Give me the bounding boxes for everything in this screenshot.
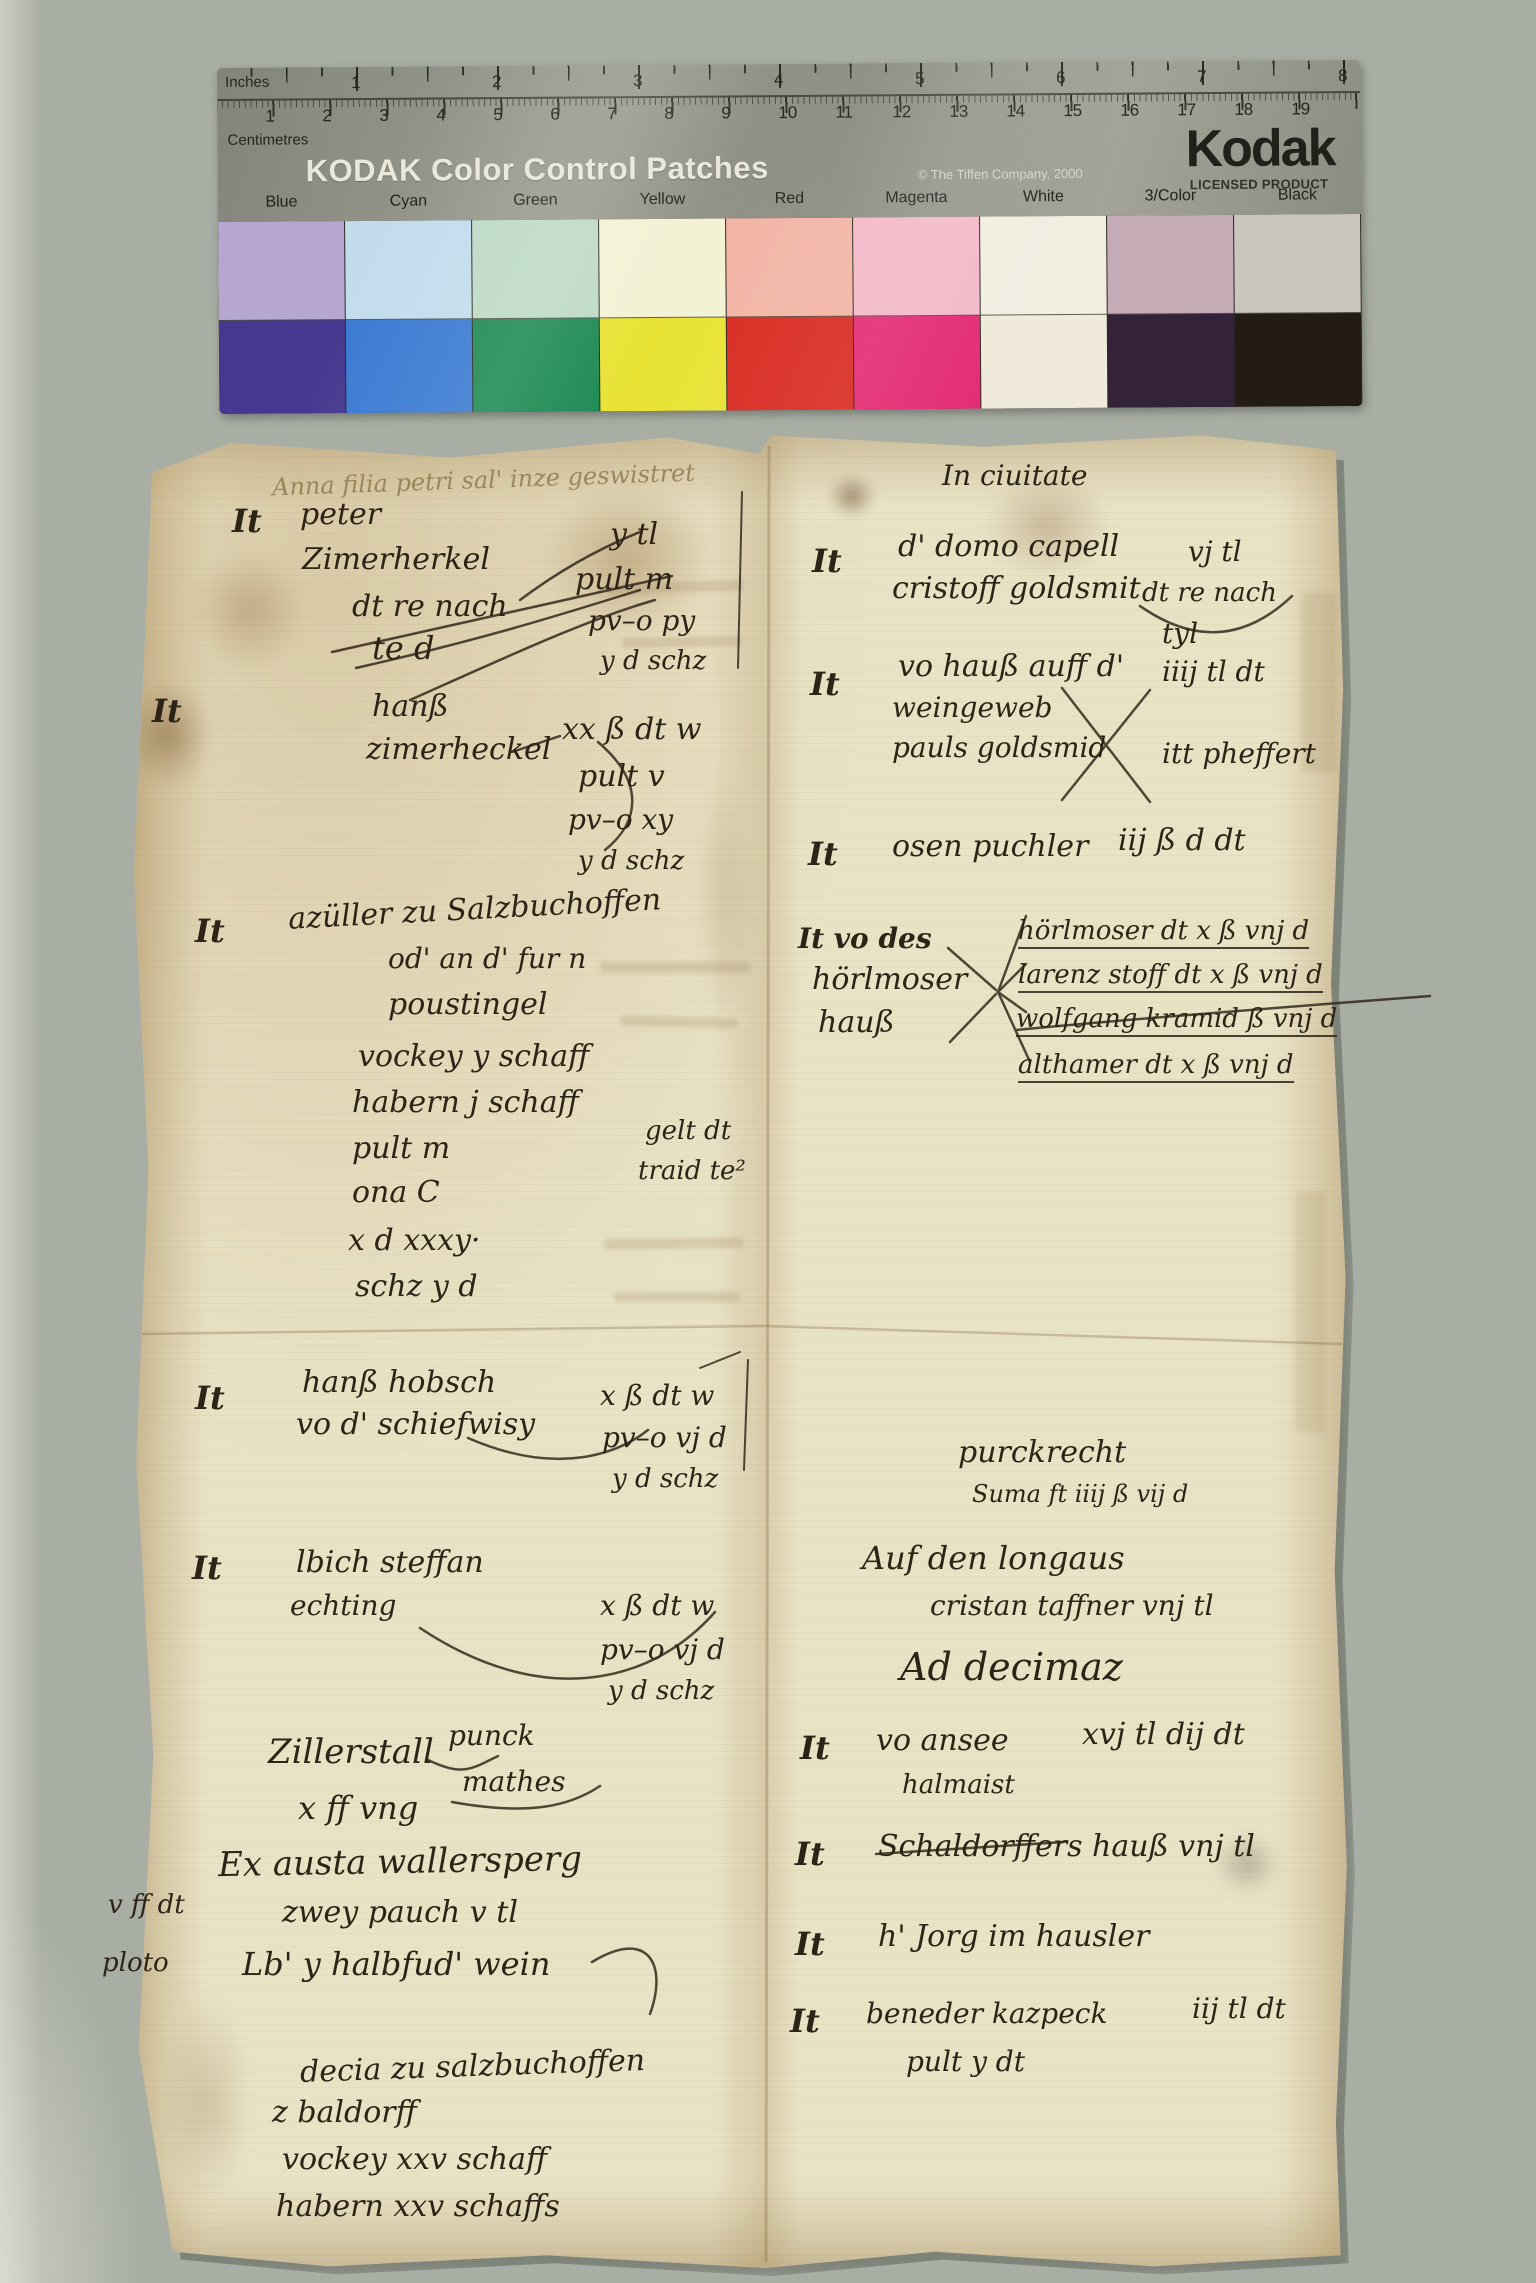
ms-amount: iiij tl dt [1162,658,1265,686]
cm-number: 6 [550,105,560,125]
color-patch [1234,214,1362,407]
patch-tint-swatch [853,217,980,317]
patch-tint-swatch [1234,214,1361,314]
ms-item-marker: It [795,1838,825,1870]
ms-line: ona C [352,1178,440,1208]
ms-line: cristan taffner vnj tl [930,1592,1214,1620]
ms-amount: y d schz [578,848,684,874]
color-patch [726,218,854,411]
cm-number: 9 [721,103,731,123]
inch-number: 8 [1338,66,1348,86]
ms-line: cristoff goldsmit [892,574,1141,604]
ms-line: dt re nach [352,592,508,622]
ms-line: od' an d' fur n [388,945,586,973]
ms-amount: dt re nach [1142,580,1277,606]
ms-header-right: In ciuitate [942,462,1087,490]
ms-line: hanß [372,692,449,722]
ms-margin-note: v ff dt [108,1892,185,1918]
strip-title: KODAK Color Control Patches [306,150,769,189]
cm-number: 7 [607,104,617,124]
inch-number: 2 [492,72,502,92]
ms-line: vo ansee [876,1726,1009,1756]
ms-line: Lb' y halbfud' wein [242,1948,550,1980]
kodak-color-control-strip: Inches Centimetres 12345678 123456789101… [217,60,1362,414]
ms-item-marker: It [152,695,182,727]
bleedthrough-streak [1296,1192,1326,1432]
ms-line: x d xxxy· [348,1226,480,1256]
ms-item-marker: It [795,1928,825,1960]
ms-line: punck [448,1722,535,1750]
cm-number: 10 [778,103,797,123]
ms-bracket-line: hörlmoser dt x ß vnj d [1018,918,1309,949]
ms-line: Ex austa wallersperg [218,1842,583,1882]
photo-of-archival-document: Inches Centimetres 12345678 123456789101… [0,0,1536,2283]
patch-solid-swatch [219,320,346,414]
cm-number: 5 [493,105,503,125]
ms-line: poustingel [388,990,548,1020]
ms-item-marker: It [808,838,838,870]
patch-tint-swatch [472,219,599,319]
ms-amount: xvj tl dij dt [1082,1720,1245,1750]
ms-amount: pv–o vj d [600,1636,725,1664]
ms-line: te d [372,632,434,664]
ms-line: osen puchler [892,832,1088,862]
ms-item-marker: It [810,668,840,700]
ms-amount: pv–o py [588,607,695,635]
ms-line: Suma ft iiij ß vij d [972,1482,1188,1506]
patch-solid-swatch [473,318,600,412]
patch-solid-swatch [1235,313,1362,407]
ms-line: z baldorff [272,2098,417,2128]
cm-number: 16 [1120,101,1139,121]
color-patch-label: White [980,188,1107,207]
ms-line: zwey pauch v tl [282,1898,518,1928]
inch-number: 1 [351,73,361,93]
ms-amount: pult m [575,565,673,595]
ms-line: weingeweb [892,694,1052,722]
patch-solid-swatch [1108,314,1235,408]
ms-item-marker: It [195,915,225,947]
cm-number: 12 [892,102,911,122]
ms-note: traid te² [638,1158,746,1184]
color-patch-label: Red [726,190,853,209]
ms-amount: y tl [610,520,658,550]
ms-line: peter [300,500,381,530]
cm-number: 17 [1177,100,1196,120]
ms-amount: iij tl dt [1192,1995,1286,2023]
ms-line: vo d' schiefwisy [296,1410,535,1440]
ms-item-marker: It [195,1382,225,1414]
patch-tint-swatch [726,218,853,318]
ms-item-marker: It [232,505,262,537]
cm-number: 18 [1234,100,1253,120]
inch-number: 5 [915,69,925,89]
ms-line: d' domo capell [898,532,1119,562]
color-patch-label: Yellow [599,190,726,209]
color-patch-label: Magenta [853,189,980,208]
ms-amount: y d schz [600,648,706,674]
ms-line: hörlmoser [812,965,967,995]
ms-line: habern xxv schaffs [276,2192,560,2222]
ms-line: x ff vng [298,1792,418,1824]
color-patch [853,217,981,410]
ms-bracket-line: wolfgang kramid ß vnj d [1016,1006,1337,1037]
color-patch-label: Black [1234,186,1361,205]
ms-amount: pult v [578,762,665,792]
ms-line: mathes [462,1768,565,1796]
cm-number: 4 [436,105,446,125]
ms-note: gelt dt [645,1118,731,1144]
patch-tint-swatch [218,221,345,321]
color-patch [472,219,600,412]
ms-item-marker: It [800,1732,830,1764]
patch-solid-swatch [981,315,1108,409]
stain [192,550,307,670]
ms-item-marker: It [812,545,842,577]
patch-solid-swatch [600,317,727,411]
ms-line: pult m [352,1134,450,1164]
kodak-logo: Kodak [1185,118,1334,179]
copyright-text: © The Tiffen Company, 2000 [918,166,1083,182]
ms-line: Zimerherkel [302,545,490,575]
bleedthrough-streak [600,962,750,973]
centimetres-label: Centimetres [227,131,308,149]
ms-line: vockey y schaff [358,1042,589,1072]
ms-line: vockey xxv schaff [282,2145,547,2175]
ms-amount: vj tl [1188,538,1242,566]
patch-solid-swatch [727,317,854,411]
stain [162,1992,252,2212]
color-patch-label: 3/Color [1107,187,1234,206]
ms-amount: xx ß dt w [562,715,701,745]
color-patch [345,220,473,413]
ms-item-marker: It [192,1552,222,1584]
color-patch [599,218,727,411]
ms-bracket-line: althamer dt x ß vnj d [1018,1052,1294,1083]
color-patch-label: Blue [218,193,345,212]
ms-line: h' Jorg im hausler [878,1922,1149,1952]
ms-amount: pv–o xy [568,806,673,834]
ms-item-marker: It vo des [798,925,932,953]
ms-amount: y d schz [608,1678,714,1704]
ms-line: Schaldorffers hauß vnj tl [878,1832,1255,1862]
ms-line: schz y d [355,1272,478,1302]
cm-number: 19 [1291,99,1310,119]
cm-number: 11 [835,103,853,123]
manuscript-paper [134,432,1348,2270]
color-patches [218,214,1362,414]
cm-number: 15 [1063,101,1082,121]
patch-tint-swatch [1107,215,1234,315]
cm-number: 13 [949,102,968,122]
color-patch [218,221,346,414]
patch-tint-swatch [980,216,1107,316]
ms-line: beneder kazpeck [866,2000,1107,2028]
cm-number: 1 [265,107,275,127]
ms-line: halmaist [902,1772,1015,1798]
ms-amount: x ß dt w [600,1382,714,1410]
ms-line: Auf den longaus [862,1542,1125,1574]
ms-heading: Ad decimaz [900,1648,1123,1686]
ms-bracket-line: larenz stoff dt x ß vnj d [1018,962,1323,993]
patch-tint-swatch [345,220,472,320]
ms-line: lbich steffan [296,1548,484,1578]
cm-number: 14 [1006,101,1025,121]
bleedthrough-streak [620,1015,738,1028]
inch-number: 3 [633,71,643,91]
ms-line: hauß [818,1008,895,1038]
cm-number: 2 [322,106,332,126]
color-patch-label: Green [472,191,599,210]
bleedthrough-streak [604,1237,744,1250]
ms-line: hanß hobsch [302,1368,496,1398]
ms-amount: iij ß d dt [1118,826,1246,856]
ms-amount: x ß dt w [600,1592,714,1620]
ms-line: habern j schaff [352,1088,579,1118]
patch-solid-swatch [346,319,473,413]
color-patch-label: Cyan [345,192,472,211]
inch-number: 7 [1197,67,1207,87]
ms-item-marker: It [790,2005,820,2037]
ms-line: zimerheckel [366,735,551,765]
inch-number: 6 [1056,68,1066,88]
ms-line: vo hauß auff d' [898,652,1124,682]
color-patch [980,216,1108,409]
ms-line: Zillerstall [268,1735,434,1769]
cm-number: 3 [379,106,389,126]
color-patch [1107,215,1235,408]
patch-solid-swatch [854,316,981,410]
ms-amount: tyl [1162,620,1198,648]
ms-line: pauls goldsmid [892,734,1106,762]
inch-number: 4 [774,70,784,90]
ms-heading: purckrecht [958,1438,1126,1468]
ms-amount: itt pheffert [1162,740,1316,768]
stain [694,762,754,1022]
bleedthrough-streak [614,1292,740,1302]
ms-amount: pv–o vj d [602,1424,727,1452]
ms-amount: y d schz [612,1466,718,1492]
ms-line: echting [290,1592,396,1620]
cm-number: 8 [664,104,674,124]
ms-margin-note: ploto [102,1950,169,1976]
ms-line: pult y dt [906,2048,1025,2076]
patch-tint-swatch [599,218,726,318]
stain [828,474,876,518]
